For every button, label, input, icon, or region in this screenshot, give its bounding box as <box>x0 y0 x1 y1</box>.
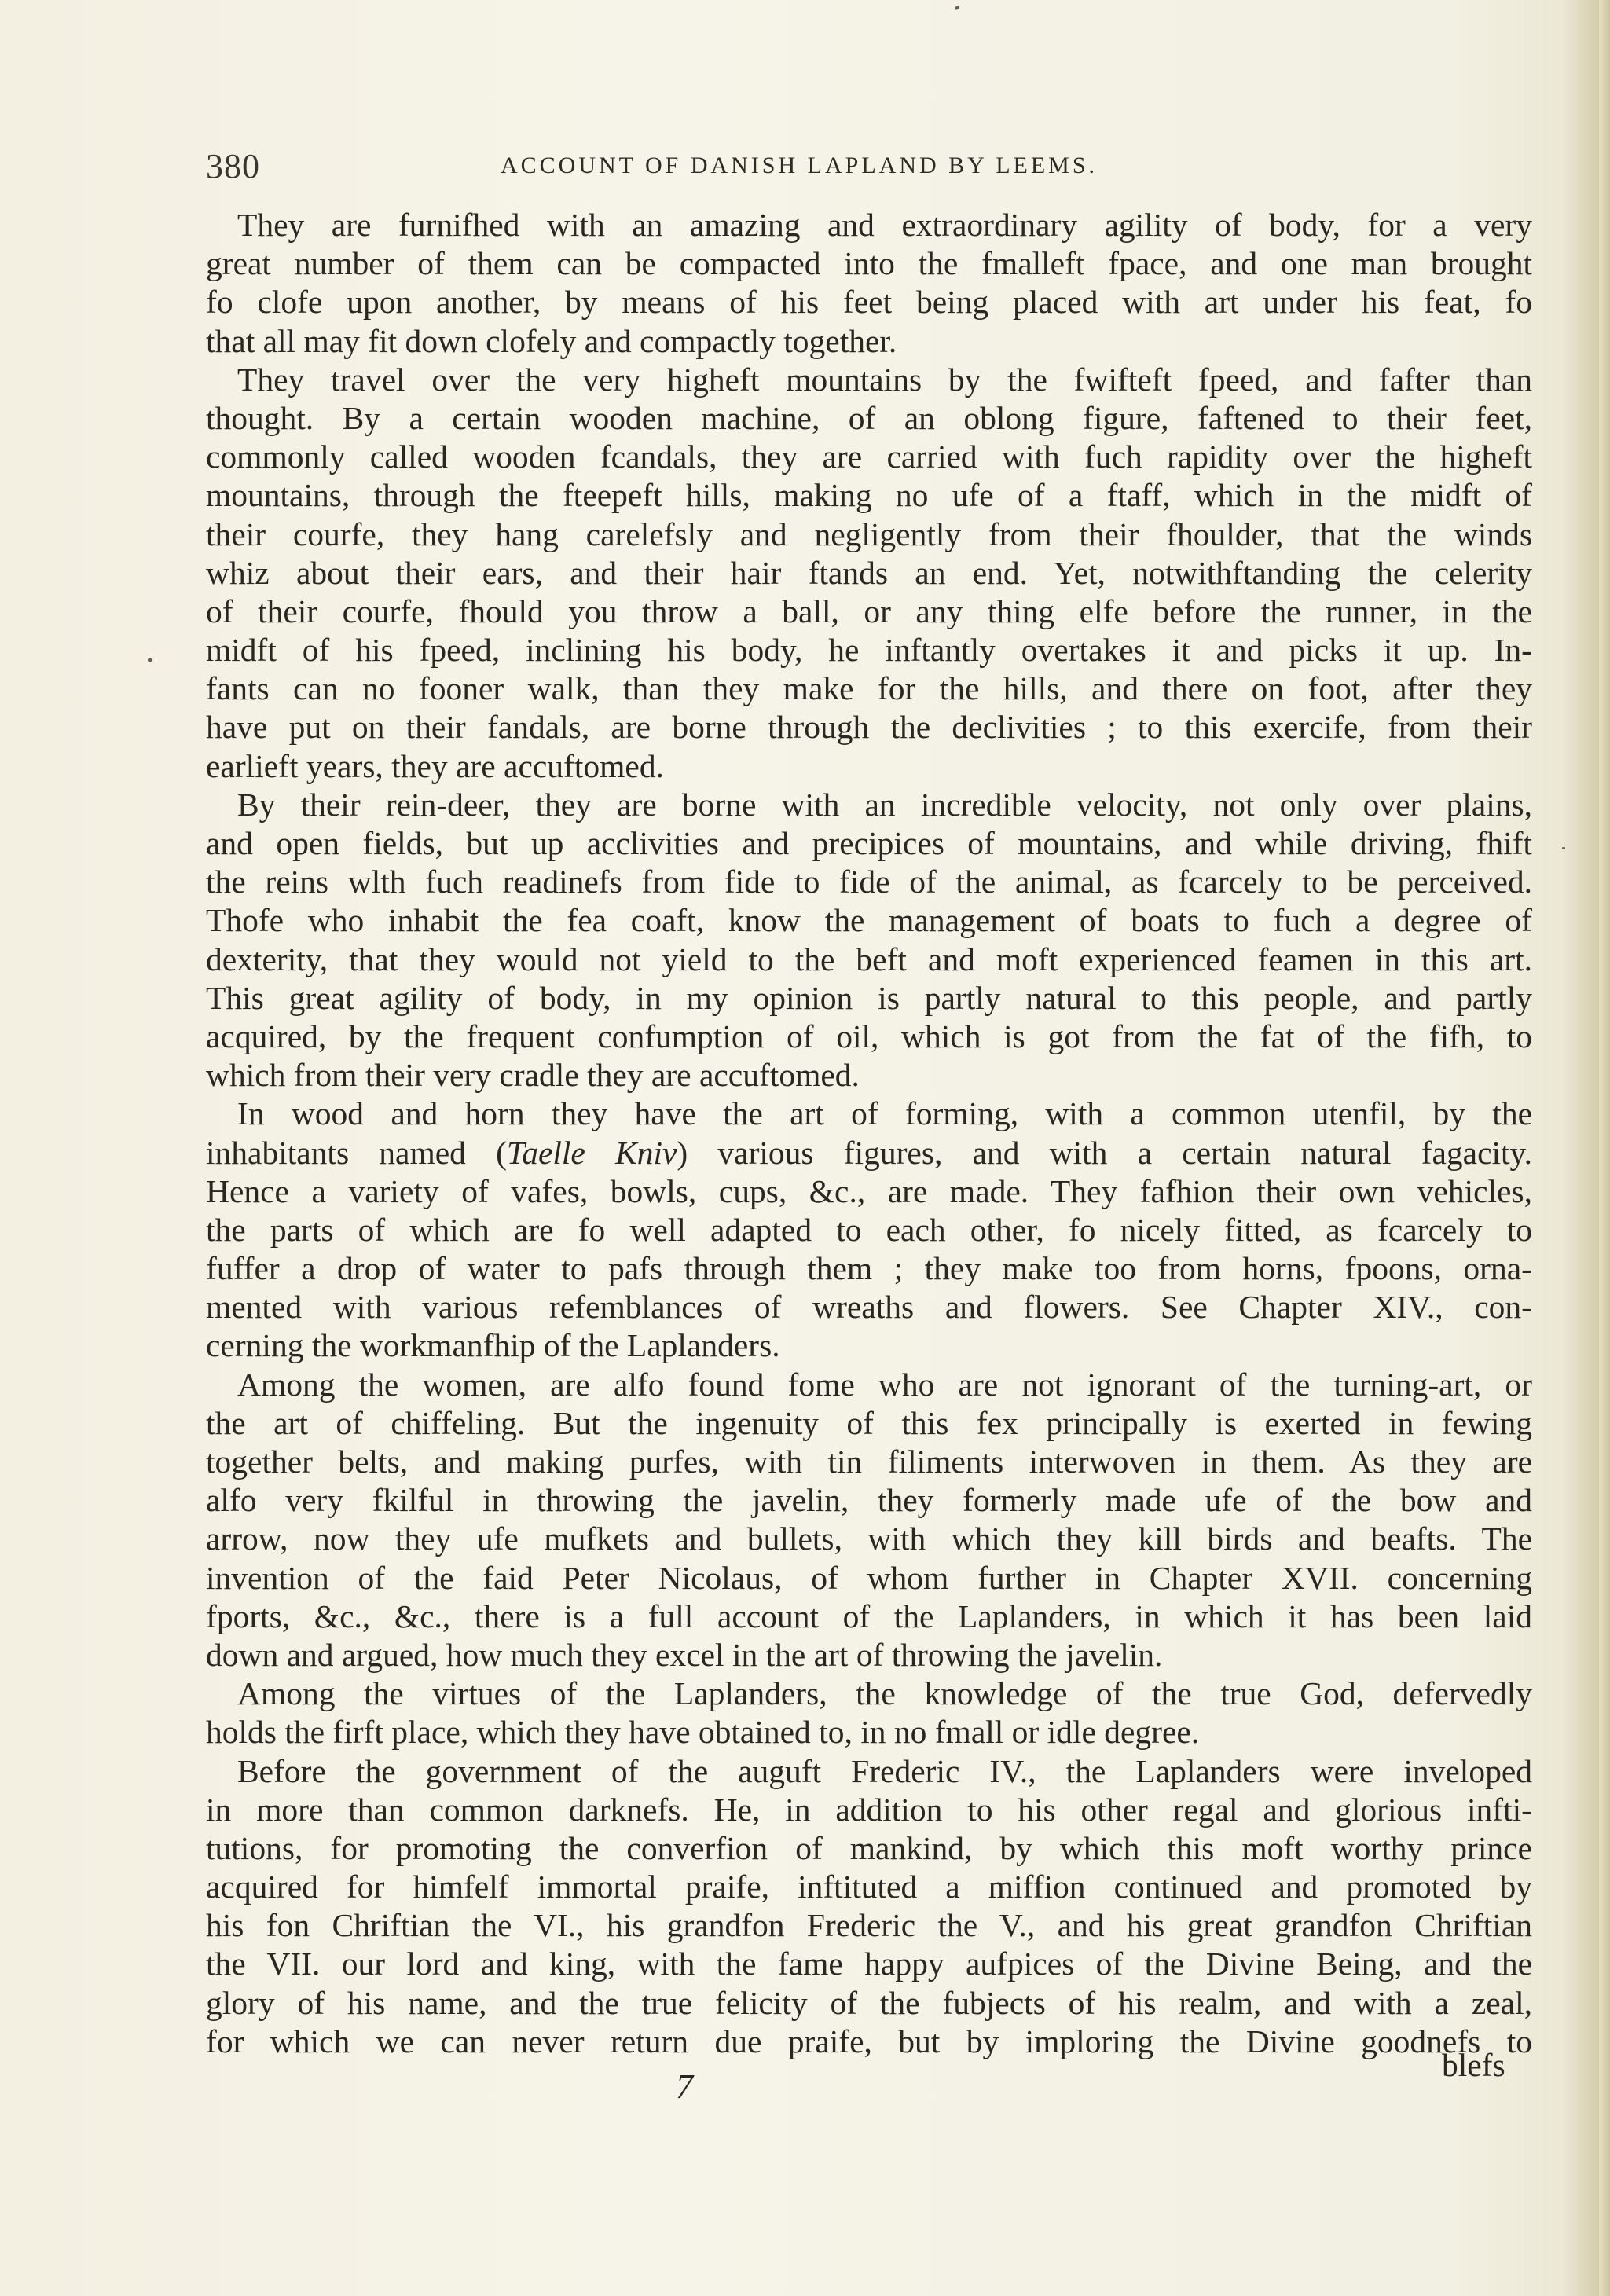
text-line: mountains, through the fteepeft hills, m… <box>206 476 1532 515</box>
text-line: together belts, and making purfes, with … <box>206 1443 1532 1481</box>
text-line: This great agility of body, in my opinio… <box>206 979 1532 1018</box>
text-line: Hence a variety of vafes, bowls, cups, &… <box>206 1172 1532 1211</box>
text-line: commonly called wooden fcandals, they ar… <box>206 438 1532 476</box>
running-head: ACCOUNT OF DANISH LAPLAND BY LEEMS. <box>501 152 1098 179</box>
text-line: mented with various refemblances of wrea… <box>206 1288 1532 1326</box>
ink-speck <box>954 6 959 10</box>
page-number: 380 <box>206 146 260 186</box>
text-line: which from their very cradle they are ac… <box>206 1056 1532 1095</box>
text-line: invention of the faid Peter Nicolaus, of… <box>206 1559 1532 1597</box>
text-line: Among the virtues of the Laplanders, the… <box>206 1674 1532 1713</box>
page-edge <box>1599 0 1610 2296</box>
signature-mark: 7 <box>676 2067 693 2107</box>
text-line: thought. By a certain wooden machine, of… <box>206 399 1532 438</box>
text-line: In wood and horn they have the art of fo… <box>206 1095 1532 1133</box>
text-line: fants can no fooner walk, than they make… <box>206 669 1532 708</box>
text-line: fo clofe upon another, by means of his f… <box>206 283 1532 321</box>
book-page: 380 ACCOUNT OF DANISH LAPLAND BY LEEMS. … <box>0 0 1610 2296</box>
text-line: the VII. our lord and king, with the fam… <box>206 1945 1532 1983</box>
text-line: the reins wlth fuch readinefs from fide … <box>206 863 1532 901</box>
text-line: glory of his name, and the true felicity… <box>206 1984 1532 2023</box>
text-line: fports, &c., &c., there is a full accoun… <box>206 1597 1532 1636</box>
text-line: Among the women, are alfo found fome who… <box>206 1366 1532 1404</box>
text-line: acquired, by the frequent confumption of… <box>206 1018 1532 1056</box>
text-line: the art of chiffeling. But the ingenuity… <box>206 1404 1532 1443</box>
text-line: inhabitants named (Taelle Kniv) various … <box>206 1134 1532 1172</box>
text-line: for which we can never return due praife… <box>206 2023 1532 2061</box>
text-line: By their rein-deer, they are borne with … <box>206 786 1532 824</box>
text-line: arrow, now they ufe mufkets and bullets,… <box>206 1520 1532 1558</box>
text-line: dexterity, that they would not yield to … <box>206 941 1532 979</box>
page-header: 380 ACCOUNT OF DANISH LAPLAND BY LEEMS. <box>206 140 1526 187</box>
text-line: down and argued, how much they excel in … <box>206 1636 1532 1674</box>
italic-term: Taelle Kniv <box>507 1135 677 1171</box>
text-line: earlieft years, they are accuftomed. <box>206 747 1532 786</box>
text-line: his fon Chriftian the VI., his grandfon … <box>206 1906 1532 1945</box>
text-line: and open fields, but up acclivities and … <box>206 824 1532 863</box>
text-line: tutions, for promoting the converfion of… <box>206 1829 1532 1868</box>
text-line: in more than common darknefs. He, in add… <box>206 1791 1532 1829</box>
text-line: holds the firft place, which they have o… <box>206 1713 1532 1751</box>
text-line: They are furnifhed with an amazing and e… <box>206 206 1532 244</box>
text-line: They travel over the very higheft mounta… <box>206 361 1532 399</box>
text-line: have put on their fandals, are borne thr… <box>206 708 1532 746</box>
text-line: whiz about their ears, and their hair ft… <box>206 554 1532 592</box>
ink-speck <box>148 658 152 662</box>
text-line: great number of them can be compacted in… <box>206 244 1532 283</box>
text-line: Before the government of the auguft Fred… <box>206 1752 1532 1791</box>
text-line: acquired for himfelf immortal praife, in… <box>206 1868 1532 1906</box>
page-footer: 7 blefs <box>0 2067 1610 2114</box>
text-line: that all may fit down clofely and compac… <box>206 322 1532 361</box>
text-line: midft of his fpeed, inclining his body, … <box>206 631 1532 669</box>
body-text: They are furnifhed with an amazing and e… <box>206 206 1532 2061</box>
text-line: Thofe who inhabit the fea coaft, know th… <box>206 901 1532 940</box>
ink-speck <box>1562 847 1565 849</box>
text-line: their courfe, they hang carelefsly and n… <box>206 515 1532 554</box>
text-line: the parts of which are fo well adapted t… <box>206 1211 1532 1249</box>
catchword: blefs <box>1442 2046 1505 2084</box>
text-line: fuffer a drop of water to pafs through t… <box>206 1249 1532 1288</box>
text-line: alfo very fkilful in throwing the javeli… <box>206 1481 1532 1520</box>
text-line: cerning the workmanfhip of the Laplander… <box>206 1326 1532 1365</box>
text-line: of their courfe, fhould you throw a ball… <box>206 592 1532 631</box>
